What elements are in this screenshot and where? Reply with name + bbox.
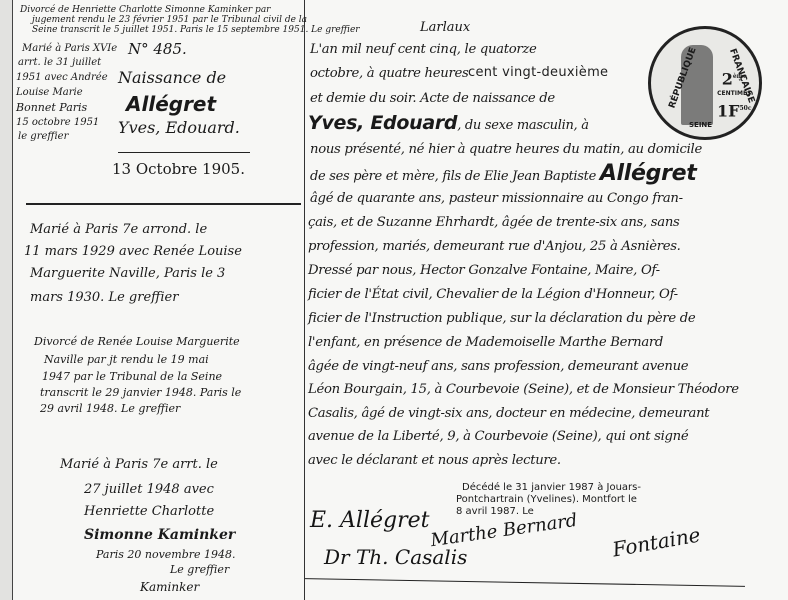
act-line: Léon Bourgain, 15, à Courbevoie (Seine),… bbox=[308, 378, 739, 401]
mayor-signature: Fontaine bbox=[611, 522, 703, 561]
top-annotation-line: Seine transcrit le 5 juillet 1951. Paris… bbox=[32, 25, 360, 35]
entry-date: 13 Octobre 1905. bbox=[112, 160, 245, 178]
greffier-signature: Larlaux bbox=[420, 20, 470, 35]
act-line: çais, et de Suzanne Ehrhardt, âgée de tr… bbox=[308, 211, 680, 234]
act-line: Dressé par nous, Hector Gonzalve Fontain… bbox=[308, 259, 660, 282]
act-line: nous présenté, né hier à quatre heures d… bbox=[310, 138, 702, 161]
act-line: Casalis, âgé de vingt-six ans, docteur e… bbox=[308, 402, 709, 425]
entry-given-names: Yves, Edouard. bbox=[118, 118, 240, 137]
page-binding-edge bbox=[0, 0, 13, 600]
civil-register-page: Divorcé de Henriette Charlotte Simonne K… bbox=[0, 0, 788, 600]
fiscal-stamp: RÉPUBLIQUE FRANÇAISE SEINE 2ème CENTIMES… bbox=[648, 26, 762, 140]
title-underline bbox=[118, 152, 250, 153]
column-divider bbox=[304, 0, 305, 600]
father-signature: E. Allégret bbox=[310, 508, 430, 533]
act-line: avec le déclarant et nous après lecture. bbox=[308, 449, 561, 472]
act-line: ficier de l'État civil, Chevalier de la … bbox=[308, 283, 678, 306]
margin-signature: Kaminker bbox=[140, 580, 199, 594]
act-line: ficier de l'Instruction publique, sur la… bbox=[308, 307, 695, 330]
act-end-line bbox=[305, 578, 745, 587]
act-line: Yves, Edouard, du sexe masculin, à bbox=[308, 112, 589, 137]
act-line: et demie du soir. Acte de naissance de bbox=[310, 87, 555, 110]
entry-number: N° 485. bbox=[128, 40, 187, 58]
act-line: profession, mariés, demeurant rue d'Anjo… bbox=[308, 235, 681, 258]
top-annotation-line: jugement rendu le 23 février 1951 par le… bbox=[32, 15, 307, 25]
act-line: avenue de la Liberté, 9, à Courbevoie (S… bbox=[308, 425, 688, 448]
father-surname: Allégret bbox=[600, 161, 697, 186]
entry-title: Naissance de bbox=[118, 68, 226, 87]
act-line: l'enfant, en présence de Mademoiselle Ma… bbox=[308, 331, 663, 354]
top-annotation-line: Divorcé de Henriette Charlotte Simonne K… bbox=[20, 5, 271, 15]
printed-register-number: cent vingt-deuxième bbox=[468, 65, 608, 80]
act-line: âgée de vingt-neuf ans, sans profession,… bbox=[308, 355, 688, 378]
entry-surname: Allégret bbox=[126, 92, 216, 116]
child-given-names: Yves, Edouard bbox=[308, 112, 457, 134]
act-line: L'an mil neuf cent cinq, le quatorze bbox=[310, 38, 537, 61]
section-divider bbox=[26, 203, 301, 205]
act-line: octobre, à quatre heures bbox=[310, 62, 468, 85]
act-line: âgé de quarante ans, pasteur missionnair… bbox=[310, 187, 683, 210]
act-line: de ses père et mère, fils de Elie Jean B… bbox=[310, 162, 696, 188]
